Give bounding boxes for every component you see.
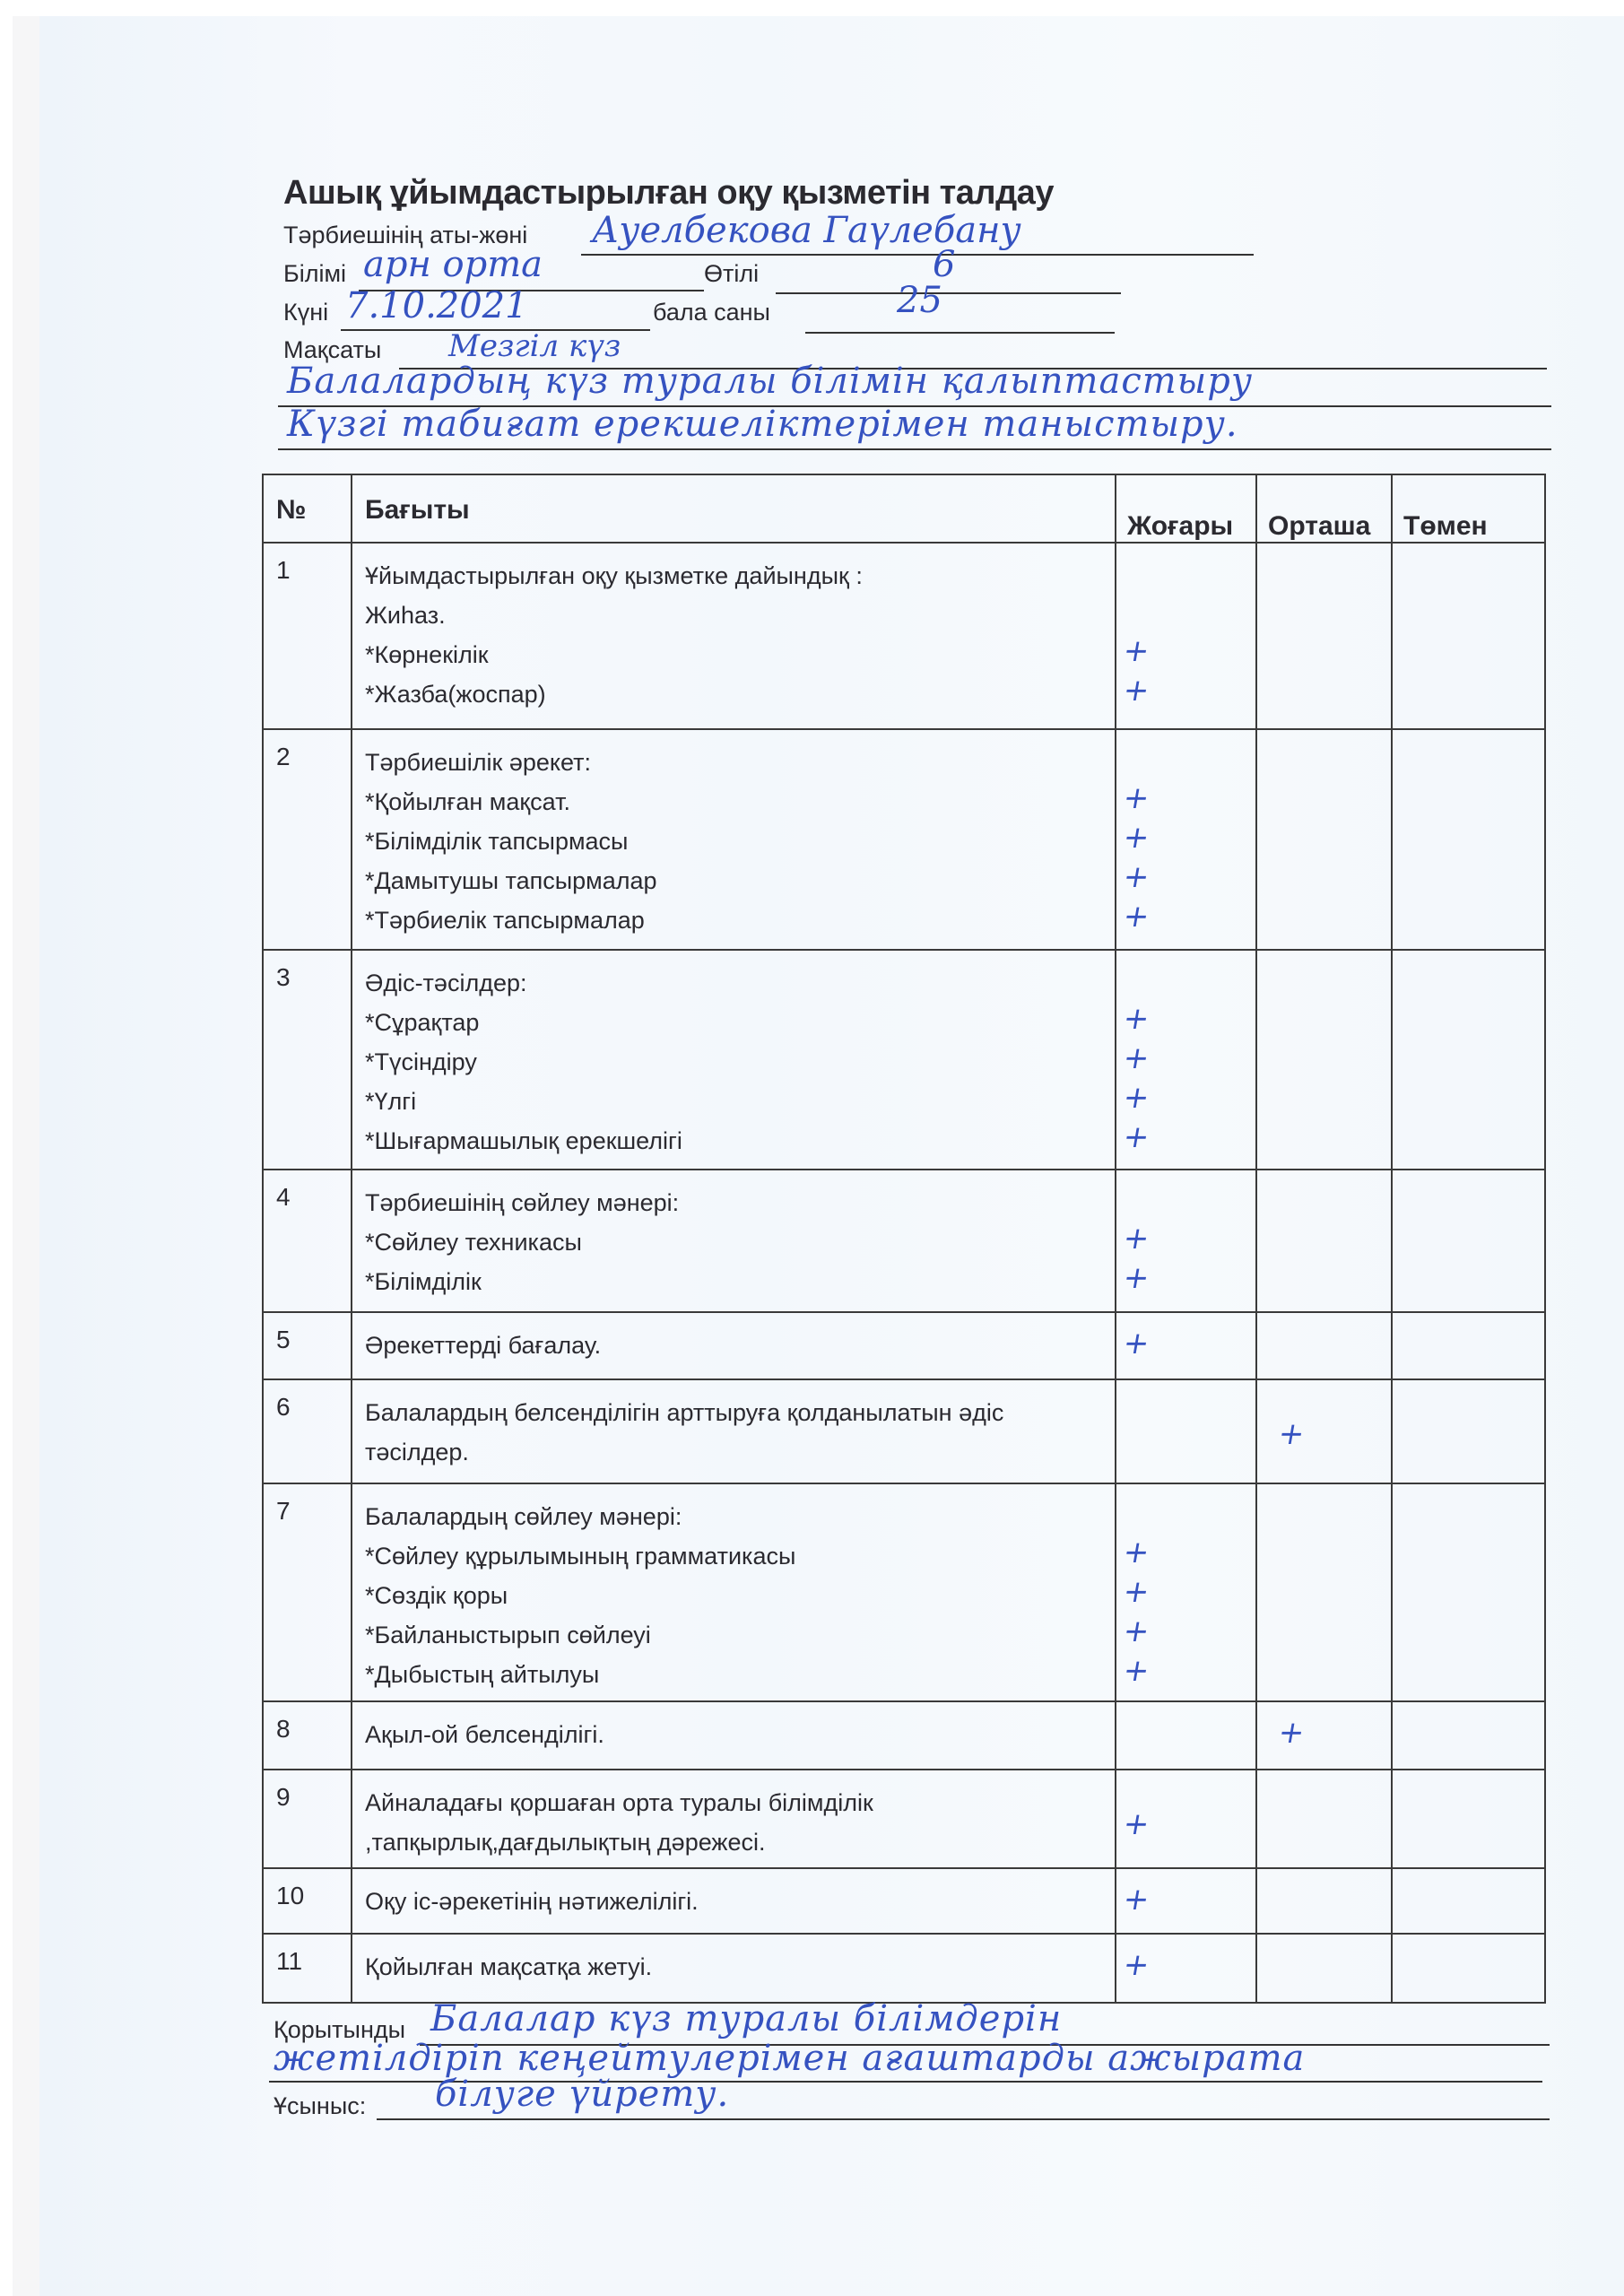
- children-count-value[interactable]: 25: [897, 280, 942, 321]
- recommendation-label: Ұсыныс:: [274, 2092, 366, 2120]
- table-row: 7Балалардың сөйлеу мәнері:*Сөйлеу құрылы…: [263, 1483, 1545, 1701]
- table-row: 11Қойылған мақсатқа жетуі.+: [263, 1934, 1545, 2003]
- rating-cell-high[interactable]: ++: [1116, 543, 1256, 729]
- rating-cell-low[interactable]: [1392, 1868, 1545, 1934]
- goal-line-1[interactable]: Мезгіл күз: [448, 328, 621, 364]
- row-number: 10: [263, 1868, 352, 1934]
- rating-cell-high[interactable]: +: [1116, 1312, 1256, 1379]
- criterion-item: *Тәрбиелік тапсырмалар: [365, 900, 1106, 940]
- check-mark: +: [1120, 780, 1152, 816]
- header-high: Жоғары: [1116, 474, 1256, 543]
- table-row: 9Айналадағы қоршаған орта туралы білімді…: [263, 1770, 1545, 1868]
- rating-cell-low[interactable]: [1392, 950, 1545, 1170]
- check-mark: +: [1120, 1119, 1152, 1155]
- criterion-item: *Сөйлеу құрылымының грамматикасы: [365, 1536, 1106, 1576]
- criterion-item: *Қойылған мақсат.: [365, 782, 1106, 822]
- education-label: Білімі: [283, 260, 346, 288]
- criterion-item: *Сұрақтар: [365, 1003, 1106, 1042]
- check-mark: +: [1120, 1221, 1152, 1257]
- criterion-heading: Оқу іс-әрекетінің нәтижелілігі.: [365, 1882, 1106, 1921]
- check-mark: +: [1120, 1260, 1152, 1296]
- check-mark: +: [1120, 1080, 1152, 1116]
- rating-cell-low[interactable]: [1392, 1701, 1545, 1770]
- teacher-name-underline: [581, 254, 1254, 256]
- criterion-heading: Балалардың белсенділігін арттыруға қолда…: [365, 1393, 1106, 1432]
- row-direction: Тәрбиешінің сөйлеу мәнері:*Сөйлеу техник…: [352, 1170, 1116, 1312]
- check-mark: +: [1120, 859, 1152, 895]
- row-direction: Айналадағы қоршаған орта туралы білімділ…: [352, 1770, 1116, 1868]
- rating-cell-medium[interactable]: [1256, 1483, 1392, 1701]
- check-mark: +: [1120, 1326, 1152, 1361]
- goal-underline-3: [278, 448, 1551, 450]
- criterion-item: *Дыбыстың айтылуы: [365, 1655, 1106, 1694]
- rating-cell-medium[interactable]: +: [1256, 1701, 1392, 1770]
- check-mark: +: [1120, 1882, 1152, 1918]
- rating-cell-low[interactable]: [1392, 543, 1545, 729]
- paper-edge: [13, 16, 39, 2296]
- criterion-item: *Шығармашылық ерекшелігі: [365, 1121, 1106, 1161]
- experience-underline: [776, 292, 1121, 294]
- rating-cell-low[interactable]: [1392, 1170, 1545, 1312]
- table-row: 4Тәрбиешінің сөйлеу мәнері:*Сөйлеу техни…: [263, 1170, 1545, 1312]
- rating-cell-medium[interactable]: [1256, 1170, 1392, 1312]
- children-count-underline: [805, 332, 1115, 334]
- rating-cell-medium[interactable]: [1256, 1868, 1392, 1934]
- rating-cell-medium[interactable]: [1256, 1934, 1392, 2003]
- criterion-heading: Балалардың сөйлеу мәнері:: [365, 1497, 1106, 1536]
- rating-cell-medium[interactable]: [1256, 1770, 1392, 1868]
- recommendation-underline: [377, 2118, 1550, 2120]
- rating-cell-medium[interactable]: [1256, 543, 1392, 729]
- rating-cell-low[interactable]: [1392, 1934, 1545, 2003]
- criterion-item: Жиһаз.: [365, 596, 1106, 635]
- check-mark: +: [1120, 899, 1152, 935]
- criterion-heading: Ақыл-ой белсенділігі.: [365, 1715, 1106, 1754]
- check-mark: +: [1120, 633, 1152, 669]
- row-number: 9: [263, 1770, 352, 1868]
- rating-cell-medium[interactable]: +: [1256, 1379, 1392, 1483]
- row-number: 4: [263, 1170, 352, 1312]
- row-number: 8: [263, 1701, 352, 1770]
- row-number: 7: [263, 1483, 352, 1701]
- children-count-label: бала саны: [653, 299, 770, 326]
- row-number: 2: [263, 729, 352, 950]
- criterion-heading: Тәрбиешінің сөйлеу мәнері:: [365, 1183, 1106, 1222]
- criterion-item: *Сөйлеу техникасы: [365, 1222, 1106, 1262]
- rating-cell-high[interactable]: ++++: [1116, 1483, 1256, 1701]
- row-number: 3: [263, 950, 352, 1170]
- criterion-heading: Ұйымдастырылған оқу қызметке дайындық :: [365, 556, 1106, 596]
- rating-cell-low[interactable]: [1392, 729, 1545, 950]
- row-direction: Балалардың сөйлеу мәнері:*Сөйлеу құрылым…: [352, 1483, 1116, 1701]
- header-low: Төмен: [1392, 474, 1545, 543]
- check-mark: +: [1120, 1574, 1152, 1610]
- recommendation-value[interactable]: білуге үйрету.: [435, 2074, 729, 2115]
- criterion-heading: Айналадағы қоршаған орта туралы білімділ…: [365, 1783, 1106, 1822]
- row-direction: Қойылған мақсатқа жетуі.: [352, 1934, 1116, 2003]
- criterion-item: *Жазба(жоспар): [365, 674, 1106, 714]
- rating-cell-medium[interactable]: [1256, 729, 1392, 950]
- row-direction: Балалардың белсенділігін арттыруға қолда…: [352, 1379, 1116, 1483]
- criterion-heading: Қойылған мақсатқа жетуі.: [365, 1947, 1106, 1987]
- criterion-heading: Әрекеттерді бағалау.: [365, 1326, 1106, 1365]
- rating-cell-high[interactable]: ++++: [1116, 729, 1256, 950]
- check-mark: +: [1275, 1416, 1307, 1452]
- check-mark: +: [1120, 1613, 1152, 1649]
- check-mark: +: [1120, 1947, 1152, 1983]
- table-header-row: № Бағыты Жоғары Орташа Төмен: [263, 474, 1545, 543]
- row-number: 5: [263, 1312, 352, 1379]
- conclusion-line-1[interactable]: Балалар күз туралы білімдерін: [430, 1998, 1062, 2039]
- rating-cell-high[interactable]: [1116, 1379, 1256, 1483]
- row-number: 1: [263, 543, 352, 729]
- table-row: 5Әрекеттерді бағалау.+: [263, 1312, 1545, 1379]
- goal-line-2[interactable]: Балалардың күз туралы білімін қалыптасты…: [287, 361, 1253, 402]
- criterion-item: *Байланыстырып сөйлеуі: [365, 1615, 1106, 1655]
- criterion-item: *Сөздік қоры: [365, 1576, 1106, 1615]
- table-row: 1Ұйымдастырылған оқу қызметке дайындық :…: [263, 543, 1545, 729]
- rating-cell-high[interactable]: +: [1116, 1770, 1256, 1868]
- criterion-heading: Әдіс-тәсілдер:: [365, 963, 1106, 1003]
- check-mark: +: [1120, 1535, 1152, 1570]
- criterion-item: *Үлгі: [365, 1082, 1106, 1121]
- date-value[interactable]: 7.10.2021: [345, 285, 528, 326]
- experience-label: Өтілі: [704, 260, 759, 288]
- rating-cell-medium[interactable]: [1256, 950, 1392, 1170]
- criterion-item: *Дамытушы тапсырмалар: [365, 861, 1106, 900]
- teacher-name-value[interactable]: Ауелбекова Гаүлебану: [592, 210, 1021, 251]
- check-mark: +: [1120, 1001, 1152, 1037]
- criterion-item: тәсілдер.: [365, 1432, 1106, 1472]
- date-label: Күні: [283, 299, 328, 326]
- criterion-item: *Көрнекілік: [365, 635, 1106, 674]
- rating-cell-low[interactable]: [1392, 1312, 1545, 1379]
- criterion-item: *Түсіндіру: [365, 1042, 1106, 1082]
- check-mark: +: [1120, 1653, 1152, 1689]
- row-direction: Тәрбиешілік әрекет:*Қойылған мақсат.*Біл…: [352, 729, 1116, 950]
- rating-cell-high[interactable]: +: [1116, 1934, 1256, 2003]
- table-row: 6Балалардың белсенділігін арттыруға қолд…: [263, 1379, 1545, 1483]
- header-medium: Орташа: [1256, 474, 1392, 543]
- criterion-heading: Тәрбиешілік әрекет:: [365, 743, 1106, 782]
- check-mark: +: [1120, 1806, 1152, 1842]
- rating-cell-high[interactable]: +: [1116, 1868, 1256, 1934]
- goal-line-3[interactable]: Күзгі табиғат ерекшеліктерімен таныстыру…: [287, 404, 1238, 445]
- table-row: 3Әдіс-тәсілдер:*Сұрақтар*Түсіндіру*Үлгі*…: [263, 950, 1545, 1170]
- rating-cell-high[interactable]: [1116, 1701, 1256, 1770]
- criterion-item: *Білімділік тапсырмасы: [365, 822, 1106, 861]
- rating-cell-low[interactable]: [1392, 1483, 1545, 1701]
- row-direction: Ақыл-ой белсенділігі.: [352, 1701, 1116, 1770]
- evaluation-table: № Бағыты Жоғары Орташа Төмен 1Ұйымдастыр…: [262, 474, 1546, 2004]
- row-direction: Әрекеттерді бағалау.: [352, 1312, 1116, 1379]
- check-mark: +: [1275, 1715, 1307, 1751]
- rating-cell-low[interactable]: [1392, 1379, 1545, 1483]
- criterion-item: ,тапқырлық,дағдылықтың дәрежесі.: [365, 1822, 1106, 1862]
- row-number: 11: [263, 1934, 352, 2003]
- criterion-item: *Білімділік: [365, 1262, 1106, 1301]
- table-row: 2Тәрбиешілік әрекет:*Қойылған мақсат.*Бі…: [263, 729, 1545, 950]
- rating-cell-high[interactable]: ++++: [1116, 950, 1256, 1170]
- check-mark: +: [1120, 820, 1152, 856]
- row-direction: Ұйымдастырылған оқу қызметке дайындық :Ж…: [352, 543, 1116, 729]
- document-title: Ашық ұйымдастырылған оқу қызметін талдау: [283, 174, 1054, 213]
- row-direction: Әдіс-тәсілдер:*Сұрақтар*Түсіндіру*Үлгі*Ш…: [352, 950, 1116, 1170]
- header-direction: Бағыты: [352, 474, 1116, 543]
- rating-cell-low[interactable]: [1392, 1770, 1545, 1868]
- check-mark: +: [1120, 1040, 1152, 1076]
- conclusion-line-2[interactable]: жетілдіріп кеңейтулерімен ағаштарды ажыр…: [274, 2038, 1305, 2079]
- table-row: 8Ақыл-ой белсенділігі.+: [263, 1701, 1545, 1770]
- header-number: №: [263, 474, 352, 543]
- table-row: 10Оқу іс-әрекетінің нәтижелілігі.+: [263, 1868, 1545, 1934]
- row-number: 6: [263, 1379, 352, 1483]
- rating-cell-medium[interactable]: [1256, 1312, 1392, 1379]
- check-mark: +: [1120, 673, 1152, 709]
- education-value[interactable]: арн орта: [363, 244, 543, 285]
- row-direction: Оқу іс-әрекетінің нәтижелілігі.: [352, 1868, 1116, 1934]
- rating-cell-high[interactable]: ++: [1116, 1170, 1256, 1312]
